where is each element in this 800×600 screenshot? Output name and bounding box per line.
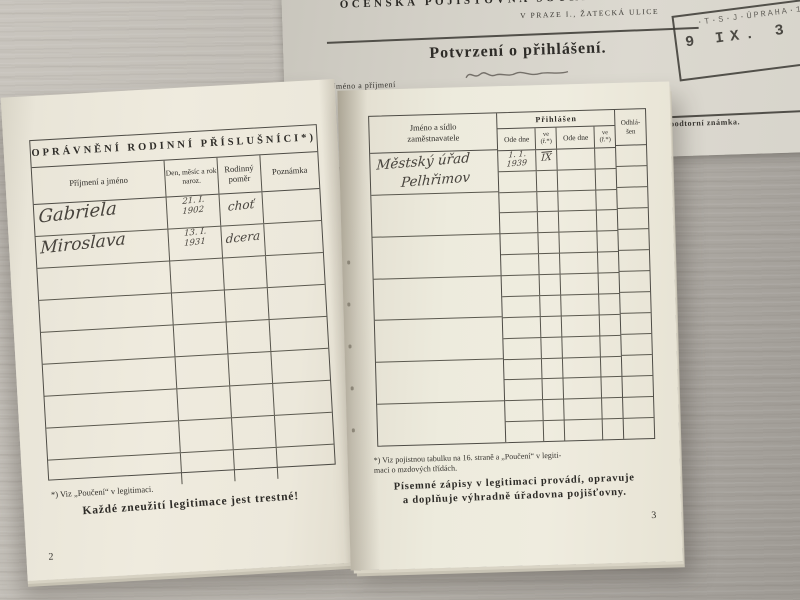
member-date-cell: 13. I.1931 xyxy=(168,227,223,261)
subcol-class-line2: (ř.*) xyxy=(599,137,611,144)
empty-cell xyxy=(225,288,270,321)
employer-column: Jméno a sídlo zaměstnavatele Městský úřa… xyxy=(369,113,507,445)
empty-cell xyxy=(543,379,565,399)
empty-cell xyxy=(501,233,540,254)
booklet-right-page: Jméno a sídlo zaměstnavatele Městský úřa… xyxy=(337,81,682,570)
empty-cell xyxy=(618,208,648,230)
empty-cell xyxy=(502,275,541,296)
empty-cell xyxy=(565,420,604,441)
empty-cell xyxy=(598,252,619,272)
empty-cell xyxy=(501,254,540,275)
empty-cell xyxy=(601,356,622,376)
empty-cell xyxy=(540,275,562,295)
empty-cell xyxy=(541,295,563,315)
empty-cell xyxy=(544,421,566,441)
employer-row: Městský úřad Pelhřimov xyxy=(370,150,498,195)
empty-cell xyxy=(619,229,649,251)
employer-row-empty xyxy=(371,192,499,237)
employer-row-empty xyxy=(374,276,502,321)
col-header-note: Poznámka xyxy=(260,152,319,191)
subcol-class: ve(ř.*) xyxy=(536,128,558,149)
empty-cell xyxy=(559,211,598,232)
empty-cell xyxy=(623,397,653,419)
empty-cell xyxy=(620,271,650,293)
empty-cell xyxy=(234,448,279,481)
member-note-cell xyxy=(262,189,321,223)
empty-cell xyxy=(597,190,618,210)
handwritten-date: 21. I.1902 xyxy=(167,195,220,219)
registration-date-cell: 1. 1.1939 xyxy=(498,150,537,171)
empty-cell xyxy=(600,294,621,314)
empty-cell xyxy=(597,210,618,230)
empty-cell xyxy=(617,166,647,188)
col-header-birthdate: Den, měsíc a rok naroz. xyxy=(165,158,220,197)
empty-cell xyxy=(618,187,648,209)
empty-cell xyxy=(503,317,542,338)
empty-cell xyxy=(232,416,277,449)
company-address-line: V PRAZE I., ŽATECKÁ ULICE xyxy=(520,7,659,20)
member-relation-cell: dcera xyxy=(221,224,266,257)
empty-cell xyxy=(500,213,539,234)
empty-cell xyxy=(558,169,597,190)
employer-row-empty xyxy=(377,401,505,445)
page-number-2: 2 xyxy=(48,551,54,562)
footnote-line1: *) Viz pojistnou tabulku na 16. straně a… xyxy=(374,451,562,465)
empty-cell xyxy=(619,250,649,272)
empty-cell xyxy=(559,190,598,211)
empty-cell xyxy=(177,386,232,420)
empty-cell xyxy=(227,320,272,353)
empty-cell xyxy=(599,273,620,293)
date-stamp-box: ·T·S·J·ÚPRAHA·1 9 IX. 3 9 xyxy=(671,0,800,81)
empty-cell xyxy=(223,256,268,289)
empty-cell xyxy=(504,359,543,380)
deregistered-header-line1: Odhlá- xyxy=(621,119,641,128)
empty-cell xyxy=(564,378,603,399)
empty-cell xyxy=(541,316,563,336)
empty-cell xyxy=(505,400,544,421)
booklet-left-page: OPRÁVNĚNÍ RODINNÍ PŘÍSLUŠNÍCI*) Příjmení… xyxy=(1,79,361,581)
stitch-dot xyxy=(351,386,354,390)
horizontal-rule xyxy=(327,27,699,43)
empty-cell xyxy=(562,294,601,315)
empty-cell xyxy=(538,212,560,232)
empty-cell xyxy=(230,384,275,417)
empty-cell xyxy=(277,445,336,479)
empty-cell xyxy=(563,336,602,357)
handwritten-employer-city: Pelhřimov xyxy=(400,169,470,191)
document-title: Potvrzení o přihlášení. xyxy=(429,39,607,63)
empty-cell xyxy=(560,253,599,274)
empty-cell xyxy=(174,322,229,356)
empty-cell xyxy=(622,334,652,356)
empty-cell xyxy=(542,337,564,357)
registration-class-cell: IX xyxy=(536,149,558,169)
handwritten-scribble xyxy=(462,64,572,83)
empty-cell xyxy=(269,317,328,351)
empty-cell xyxy=(560,232,599,253)
registration-columns: Přihlášen Ode dne ve(ř.*) Ode dne ve(ř.*… xyxy=(497,110,624,442)
empty-cell xyxy=(503,296,542,317)
employer-registration-table: Jméno a sídlo zaměstnavatele Městský úřa… xyxy=(368,108,655,447)
empty-cell xyxy=(273,381,332,415)
member-note-cell xyxy=(264,221,323,255)
empty-cell xyxy=(505,380,544,401)
empty-cell xyxy=(601,336,622,356)
empty-cell xyxy=(602,398,623,418)
handwritten-relation: choť xyxy=(220,196,262,215)
empty-cell xyxy=(506,421,545,442)
official-entries-note: Písemné zápisy v legitimaci provádí, opr… xyxy=(362,470,667,510)
empty-cell xyxy=(181,450,236,484)
empty-cell xyxy=(564,399,603,420)
deregistered-header: Odhlá- šen xyxy=(615,109,646,146)
empty-cell xyxy=(539,233,561,253)
employer-row-empty xyxy=(376,359,504,404)
stitch-dot xyxy=(347,260,350,264)
member-relation-cell: choť xyxy=(219,192,264,225)
subcol-class: ve(ř.*) xyxy=(595,126,616,147)
empty-cell xyxy=(172,290,227,324)
empty-cell xyxy=(268,285,327,319)
empty-cell xyxy=(622,355,652,377)
date-year: 1931 xyxy=(184,236,206,248)
deregistered-header-line2: šen xyxy=(626,127,636,136)
empty-cell xyxy=(602,377,623,397)
subcol-class-line2: (ř.*) xyxy=(540,138,552,145)
empty-cell xyxy=(537,170,559,190)
empty-cell xyxy=(623,376,653,398)
page-number-3: 3 xyxy=(651,510,656,521)
empty-cell xyxy=(616,145,646,167)
empty-cell xyxy=(620,292,650,314)
stitch-dot xyxy=(348,344,351,348)
empty-cell xyxy=(596,169,617,189)
photo-of-insurance-booklet: OCENSKÁ POJIŠŤOVNA SOUKROMÝCH ÚŘEDNÍKŮ A… xyxy=(0,0,800,600)
empty-cell xyxy=(538,191,560,211)
empty-cell xyxy=(543,400,565,420)
footnote-line2: maci o mzdových třídách. xyxy=(374,464,457,475)
empty-cell xyxy=(275,413,334,447)
empty-cell xyxy=(561,274,600,295)
employer-header-line2: zaměstnavatele xyxy=(407,132,459,144)
col-header-relation: Rodinný poměr xyxy=(217,155,262,193)
empty-cell xyxy=(500,192,539,213)
col-header-name: Příjmení a jméno xyxy=(32,161,167,204)
registration-halfrow-empty xyxy=(506,419,624,442)
empty-cell xyxy=(271,349,330,383)
employer-row-empty xyxy=(372,234,500,279)
empty-cell xyxy=(562,315,601,336)
reg-date-year: 1939 xyxy=(507,158,528,169)
empty-cell xyxy=(266,253,325,287)
empty-cell xyxy=(621,313,651,335)
empty-cell xyxy=(603,419,624,439)
handwritten-reg-date: 1. 1.1939 xyxy=(498,150,536,170)
empty-cell xyxy=(179,418,234,452)
empty-cell xyxy=(228,352,273,385)
employer-row-empty xyxy=(375,318,503,363)
family-members-table: OPRÁVNĚNÍ RODINNÍ PŘÍSLUŠNÍCI*) Příjmení… xyxy=(29,124,336,481)
empty-cell xyxy=(600,315,621,335)
handwritten-wage-class: IX xyxy=(536,151,557,164)
empty-cell xyxy=(563,357,602,378)
empty-cell xyxy=(557,148,596,169)
empty-cell xyxy=(595,148,616,168)
stitch-dot xyxy=(352,428,355,432)
date-year: 1902 xyxy=(182,204,204,216)
subcol-from-date: Ode dne xyxy=(498,128,537,150)
empty-cell xyxy=(542,358,564,378)
subcol-from-date: Ode dne xyxy=(557,127,596,149)
empty-cell xyxy=(176,354,231,388)
empty-cell xyxy=(170,259,225,293)
empty-cell xyxy=(504,338,543,359)
member-date-cell: 21. I.1902 xyxy=(167,195,222,229)
empty-cell xyxy=(539,254,561,274)
handwritten-relation: dcera xyxy=(222,228,264,247)
handwritten-date: 13. I.1931 xyxy=(169,227,222,251)
employer-column-header: Jméno a sídlo zaměstnavatele xyxy=(369,113,497,154)
empty-cell xyxy=(499,171,538,192)
stitch-dot xyxy=(347,302,350,306)
empty-cell xyxy=(624,418,654,439)
empty-cell xyxy=(598,231,619,251)
